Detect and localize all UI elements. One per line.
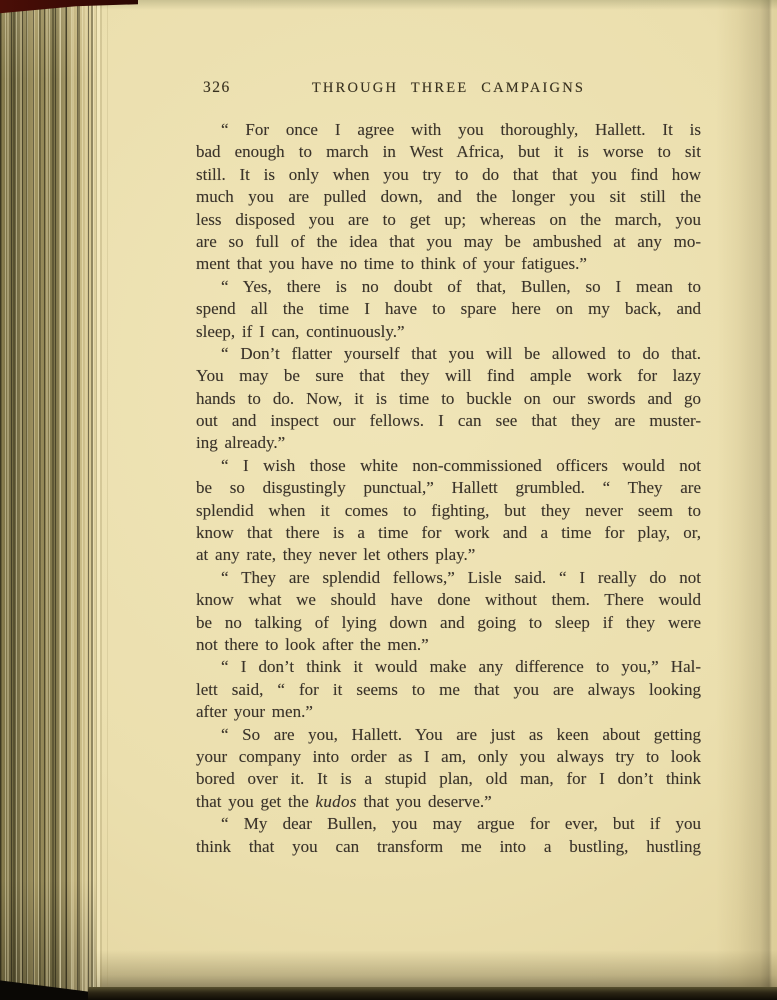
text-line: bored over it. It is a stupid plan, old … — [196, 768, 701, 790]
text-line: “ I wish those white non-commissioned of… — [196, 455, 701, 477]
text-line: sleep, if I can, continuously.” — [196, 321, 701, 343]
text-line: know what we should have done without th… — [196, 589, 701, 611]
text-line: “ They are splendid fellows,” Lisle said… — [196, 567, 701, 589]
text-line: your company into order as I am, only yo… — [196, 746, 701, 768]
text-line: know that there is a time for work and a… — [196, 522, 701, 544]
text-line: after your men.” — [196, 701, 701, 723]
text-line: ment that you have no time to think of y… — [196, 253, 701, 275]
text-line: splendid when it comes to fighting, but … — [196, 500, 701, 522]
text-line: be no talking of lying down and going to… — [196, 612, 701, 634]
book-page: 326 THROUGH THREE CAMPAIGNS “ For once I… — [96, 0, 777, 988]
book-page-edges — [0, 0, 104, 1000]
text-line: “ Yes, there is no doubt of that, Bullen… — [196, 276, 701, 298]
text-line: think that you can transform me into a b… — [196, 836, 701, 858]
text-line: less disposed you are to get up; whereas… — [196, 209, 701, 231]
text-line: still. It is only when you try to do tha… — [196, 164, 701, 186]
text-line: You may be sure that they will find ampl… — [196, 365, 701, 387]
text-line: be so disgustingly punctual,” Hallett gr… — [196, 477, 701, 499]
text-line: bad enough to march in West Africa, but … — [196, 141, 701, 163]
text-line: “ For once I agree with you thoroughly, … — [196, 119, 701, 141]
book-bottom-edge-shadow — [88, 987, 777, 1000]
text-line: spend all the time I have to spare here … — [196, 298, 701, 320]
text-line: lett said, “ for it seems to me that you… — [196, 679, 701, 701]
text-line: “ So are you, Hallett. You are just as k… — [196, 724, 701, 746]
text-line: much you are pulled down, and the longer… — [196, 186, 701, 208]
text-line: not there to look after the men.” — [196, 634, 701, 656]
text-line: that you get the kudos that you deserve.… — [196, 791, 701, 813]
book-photo: 326 THROUGH THREE CAMPAIGNS “ For once I… — [0, 0, 777, 1000]
text-line: ing already.” — [196, 432, 701, 454]
running-title: THROUGH THREE CAMPAIGNS — [196, 80, 701, 97]
text-line: hands to do. Now, it is time to buckle o… — [196, 388, 701, 410]
text-line: “ Don’t flatter yourself that you will b… — [196, 343, 701, 365]
page-text: “ For once I agree with you thoroughly, … — [196, 119, 701, 858]
text-line: “ I don’t think it would make any differ… — [196, 656, 701, 678]
text-line: are so full of the idea that you may be … — [196, 231, 701, 253]
page-header: 326 THROUGH THREE CAMPAIGNS — [196, 79, 701, 99]
text-line: at any rate, they never let others play.… — [196, 544, 701, 566]
text-line: out and inspect our fellows. I can see t… — [196, 410, 701, 432]
text-line: “ My dear Bullen, you may argue for ever… — [196, 813, 701, 835]
